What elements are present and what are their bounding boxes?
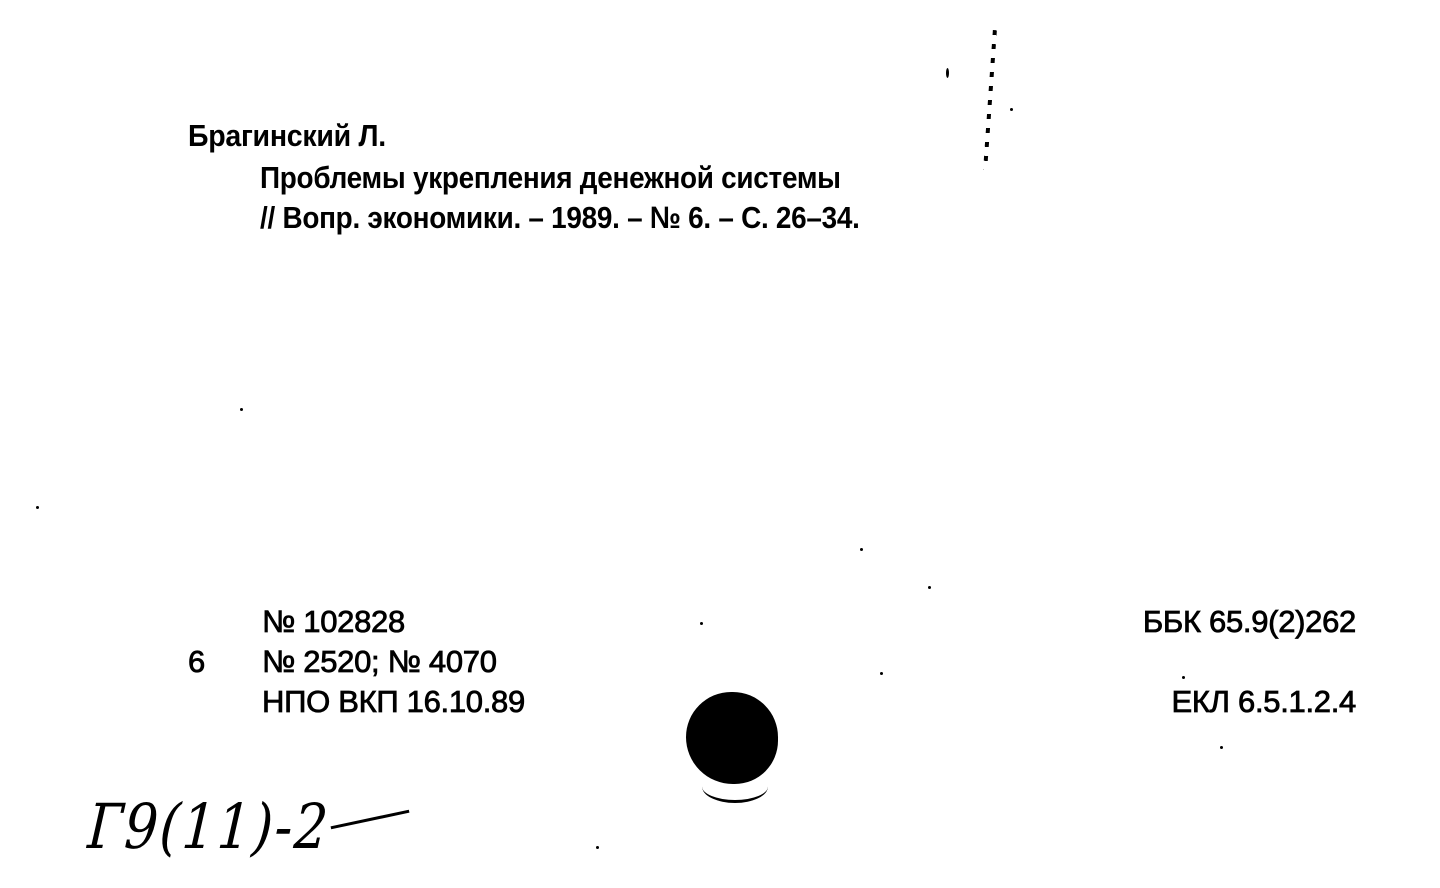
speck	[946, 68, 949, 78]
npo-stamp: НПО ВКП 16.10.89	[262, 684, 525, 720]
speck	[928, 586, 931, 589]
speck	[880, 672, 883, 675]
speck	[1182, 676, 1185, 679]
speck	[1010, 108, 1013, 111]
bbk-classification: ББК 65.9(2)262	[1143, 604, 1356, 640]
ekl-classification: ЕКЛ 6.5.1.2.4	[1172, 684, 1356, 720]
source-citation: // Вопр. экономики. – 1989. – № 6. – С. …	[260, 200, 860, 236]
fold-line	[983, 30, 997, 170]
speck	[596, 846, 599, 849]
speck	[240, 408, 243, 411]
handwritten-stroke	[331, 810, 410, 830]
handwritten-shelfmark: Г9(11)-2	[86, 790, 332, 863]
title: Проблемы укрепления денежной системы	[260, 160, 841, 196]
copies-count: 6	[188, 644, 205, 680]
inventory-number: № 102828	[262, 604, 405, 640]
speck	[860, 548, 863, 551]
punch-hole-shadow	[702, 770, 768, 803]
speck	[36, 506, 39, 509]
other-numbers: № 2520; № 4070	[262, 644, 497, 680]
speck	[700, 622, 703, 625]
speck	[1220, 746, 1223, 749]
author: Брагинский Л.	[188, 118, 386, 154]
